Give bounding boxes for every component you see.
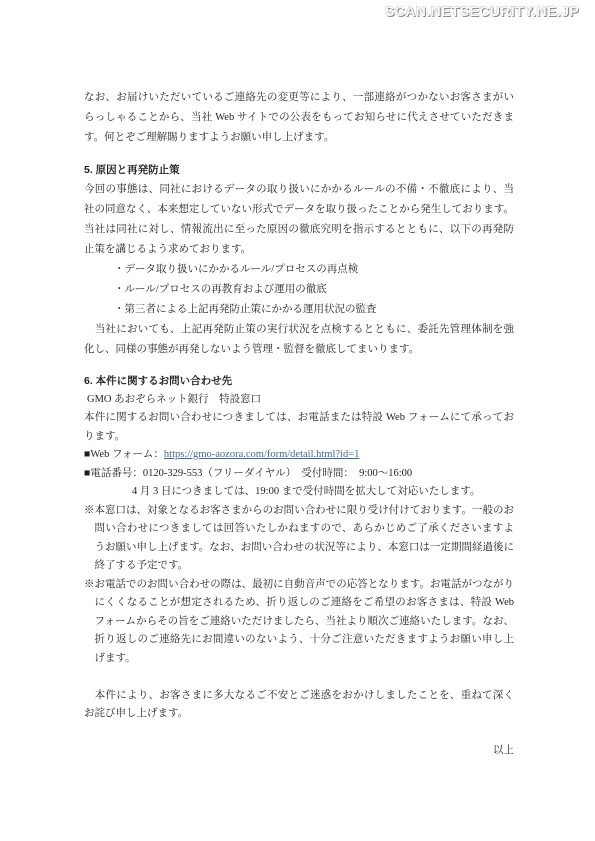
apology-paragraph: 本件により、お客さまに多大なるご不安とご迷惑をおかけしましたことを、重ねて深くお… bbox=[84, 687, 514, 724]
section5-heading: 5. 原因と再発防止策 bbox=[84, 160, 514, 180]
list-item: ・データ取り扱いにかかるルール/プロセスの再点検 bbox=[114, 260, 514, 280]
phone-number-line: ■電話番号：0120-329-553（フリーダイヤル） 受付時間： 9:00～1… bbox=[84, 465, 514, 484]
document-content: なお、お届けいただいているご連絡先の変更等により、一部連絡がつかないお客さまがい… bbox=[84, 88, 514, 761]
webform-link[interactable]: https://gmo-aozora.com/form/detail.html?… bbox=[164, 449, 359, 460]
section6-paragraph: 本件に関するお問い合わせにつきましては、お電話または特設 Web フォームにて承… bbox=[84, 409, 514, 446]
document-page: SCAN.NETSECURITY.NE.JP なお、お届けいただいているご連絡先… bbox=[0, 0, 595, 841]
blank-line bbox=[84, 724, 514, 743]
inquiry-note-1: ※本窓口は、対象となるお客さまからのお問い合わせに限り受け付けております。一般の… bbox=[84, 502, 514, 576]
section5-closing-paragraph: 当社においても、上記再発防止策の実行状況を点検するとともに、委託先管理体制を強化… bbox=[84, 320, 514, 360]
section5-paragraph: 今回の事態は、同社におけるデータの取り扱いにかかるルールの不備・不徹底により、当… bbox=[84, 180, 514, 260]
intro-paragraph: なお、お届けいただいているご連絡先の変更等により、一部連絡がつかないお客さまがい… bbox=[84, 88, 514, 148]
document-closing: 以上 bbox=[84, 742, 514, 761]
site-watermark: SCAN.NETSECURITY.NE.JP bbox=[385, 3, 579, 19]
section6-heading: 6. 本件に関するお問い合わせ先 bbox=[84, 372, 514, 391]
contact-window-name: GMO あおぞらネット銀行 特設窓口 bbox=[84, 391, 514, 410]
list-item: ・ルール/プロセスの再教育および運用の徹底 bbox=[114, 280, 514, 300]
phone-hours-extension-note: 4 月 3 日につきましては、19:00 まで受付時間を拡大して対応いたします。 bbox=[84, 483, 514, 502]
section-gap bbox=[84, 360, 514, 372]
section6-and-closing: 6. 本件に関するお問い合わせ先 GMO あおぞらネット銀行 特設窓口 本件に関… bbox=[84, 372, 514, 761]
webform-line: ■Web フォーム：https://gmo-aozora.com/form/de… bbox=[84, 446, 514, 465]
list-item: ・第三者による上記再発防止策にかかる運用状況の監査 bbox=[114, 300, 514, 320]
webform-label: ■Web フォーム： bbox=[84, 449, 164, 460]
prevention-measures-list: ・データ取り扱いにかかるルール/プロセスの再点検 ・ルール/プロセスの再教育およ… bbox=[84, 260, 514, 320]
section-gap bbox=[84, 148, 514, 160]
blank-line bbox=[84, 668, 514, 687]
inquiry-note-2: ※お電話でのお問い合わせの際は、最初に自動音声での応答となります。お電話がつなが… bbox=[84, 576, 514, 669]
intro-and-section5: なお、お届けいただいているご連絡先の変更等により、一部連絡がつかないお客さまがい… bbox=[84, 88, 514, 372]
